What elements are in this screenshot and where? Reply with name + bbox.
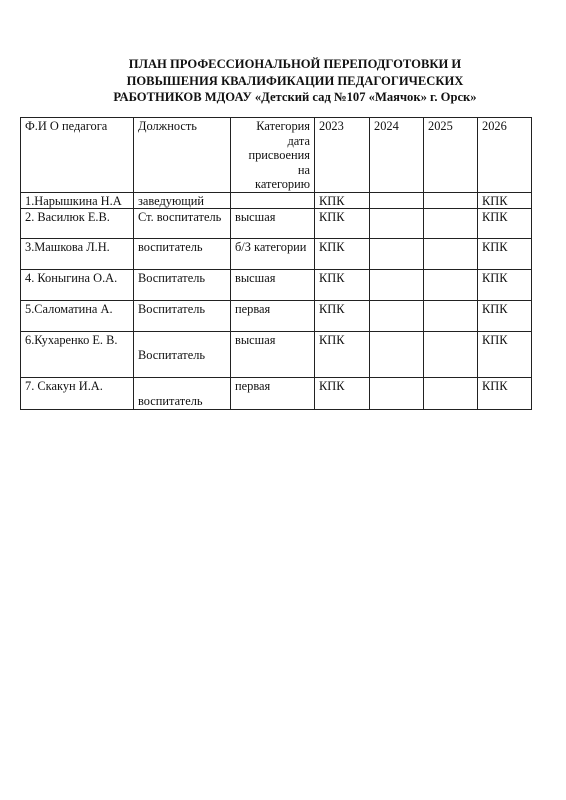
cell-2026: КПК — [478, 332, 532, 378]
table-header-row: Ф.И О педагога Должность Категория дата … — [21, 118, 532, 193]
cell-position: воспитатель — [134, 239, 231, 270]
cell-2024 — [370, 270, 424, 301]
cell-2024 — [370, 378, 424, 410]
header-position: Должность — [134, 118, 231, 193]
cell-2024 — [370, 209, 424, 239]
table-row: 5.Саломатина А. Воспитатель первая КПК К… — [21, 301, 532, 332]
cell-2026: КПК — [478, 301, 532, 332]
cell-position: Воспитатель — [134, 332, 231, 378]
table-row: 7. Скакун И.А. воспитатель первая КПК КП… — [21, 378, 532, 410]
title-line-2: ПОВЫШЕНИЯ КВАЛИФИКАЦИИ ПЕДАГОГИЧЕСКИХ — [60, 73, 530, 90]
cell-2026: КПК — [478, 239, 532, 270]
table-row: 4. Коныгина О.А. Воспитатель высшая КПК … — [21, 270, 532, 301]
cell-category: первая — [231, 378, 315, 410]
cell-2025 — [424, 301, 478, 332]
cell-2026: КПК — [478, 192, 532, 209]
header-year-2026: 2026 — [478, 118, 532, 193]
cell-name: 6.Кухаренко Е. В. — [21, 332, 134, 378]
cell-2023: КПК — [315, 270, 370, 301]
cell-name: 5.Саломатина А. — [21, 301, 134, 332]
cell-2025 — [424, 332, 478, 378]
cell-2023: КПК — [315, 378, 370, 410]
cell-position: Воспитатель — [134, 270, 231, 301]
cell-position: заведующий — [134, 192, 231, 209]
cell-category: высшая — [231, 332, 315, 378]
cell-2025 — [424, 192, 478, 209]
header-category: Категория дата присвоения на категорию — [231, 118, 315, 193]
cell-2024 — [370, 332, 424, 378]
cell-2026: КПК — [478, 378, 532, 410]
header-year-2025: 2025 — [424, 118, 478, 193]
cell-position: воспитатель — [134, 378, 231, 410]
cell-2023: КПК — [315, 239, 370, 270]
cell-2026: КПК — [478, 209, 532, 239]
cell-2023: КПК — [315, 332, 370, 378]
cell-2024 — [370, 239, 424, 270]
cell-2024 — [370, 192, 424, 209]
cell-position: Ст. воспитатель — [134, 209, 231, 239]
cell-name: 1.Нарышкина Н.А — [21, 192, 134, 209]
cell-2023: КПК — [315, 209, 370, 239]
header-year-2024: 2024 — [370, 118, 424, 193]
cell-name: 7. Скакун И.А. — [21, 378, 134, 410]
training-plan-table: Ф.И О педагога Должность Категория дата … — [20, 117, 532, 410]
table-row: 6.Кухаренко Е. В. Воспитатель высшая КПК… — [21, 332, 532, 378]
table-row: 3.Машкова Л.Н. воспитатель б/З категории… — [21, 239, 532, 270]
cell-position: Воспитатель — [134, 301, 231, 332]
title-line-3: РАБОТНИКОВ МДОАУ «Детский сад №107 «Маяч… — [60, 89, 530, 106]
header-year-2023: 2023 — [315, 118, 370, 193]
header-name: Ф.И О педагога — [21, 118, 134, 193]
cell-category: высшая — [231, 270, 315, 301]
cell-category — [231, 192, 315, 209]
cell-name: 2. Василюк Е.В. — [21, 209, 134, 239]
document-title: ПЛАН ПРОФЕССИОНАЛЬНОЙ ПЕРЕПОДГОТОВКИ И П… — [60, 56, 530, 106]
table-row: 1.Нарышкина Н.А заведующий КПК КПК — [21, 192, 532, 209]
cell-category: первая — [231, 301, 315, 332]
cell-2025 — [424, 209, 478, 239]
cell-2023: КПК — [315, 192, 370, 209]
cell-2025 — [424, 378, 478, 410]
cell-2026: КПК — [478, 270, 532, 301]
cell-2024 — [370, 301, 424, 332]
table-row: 2. Василюк Е.В. Ст. воспитатель высшая К… — [21, 209, 532, 239]
cell-category: б/З категории — [231, 239, 315, 270]
cell-category: высшая — [231, 209, 315, 239]
cell-2025 — [424, 270, 478, 301]
title-line-1: ПЛАН ПРОФЕССИОНАЛЬНОЙ ПЕРЕПОДГОТОВКИ И — [60, 56, 530, 73]
cell-2023: КПК — [315, 301, 370, 332]
cell-name: 4. Коныгина О.А. — [21, 270, 134, 301]
cell-name: 3.Машкова Л.Н. — [21, 239, 134, 270]
cell-2025 — [424, 239, 478, 270]
